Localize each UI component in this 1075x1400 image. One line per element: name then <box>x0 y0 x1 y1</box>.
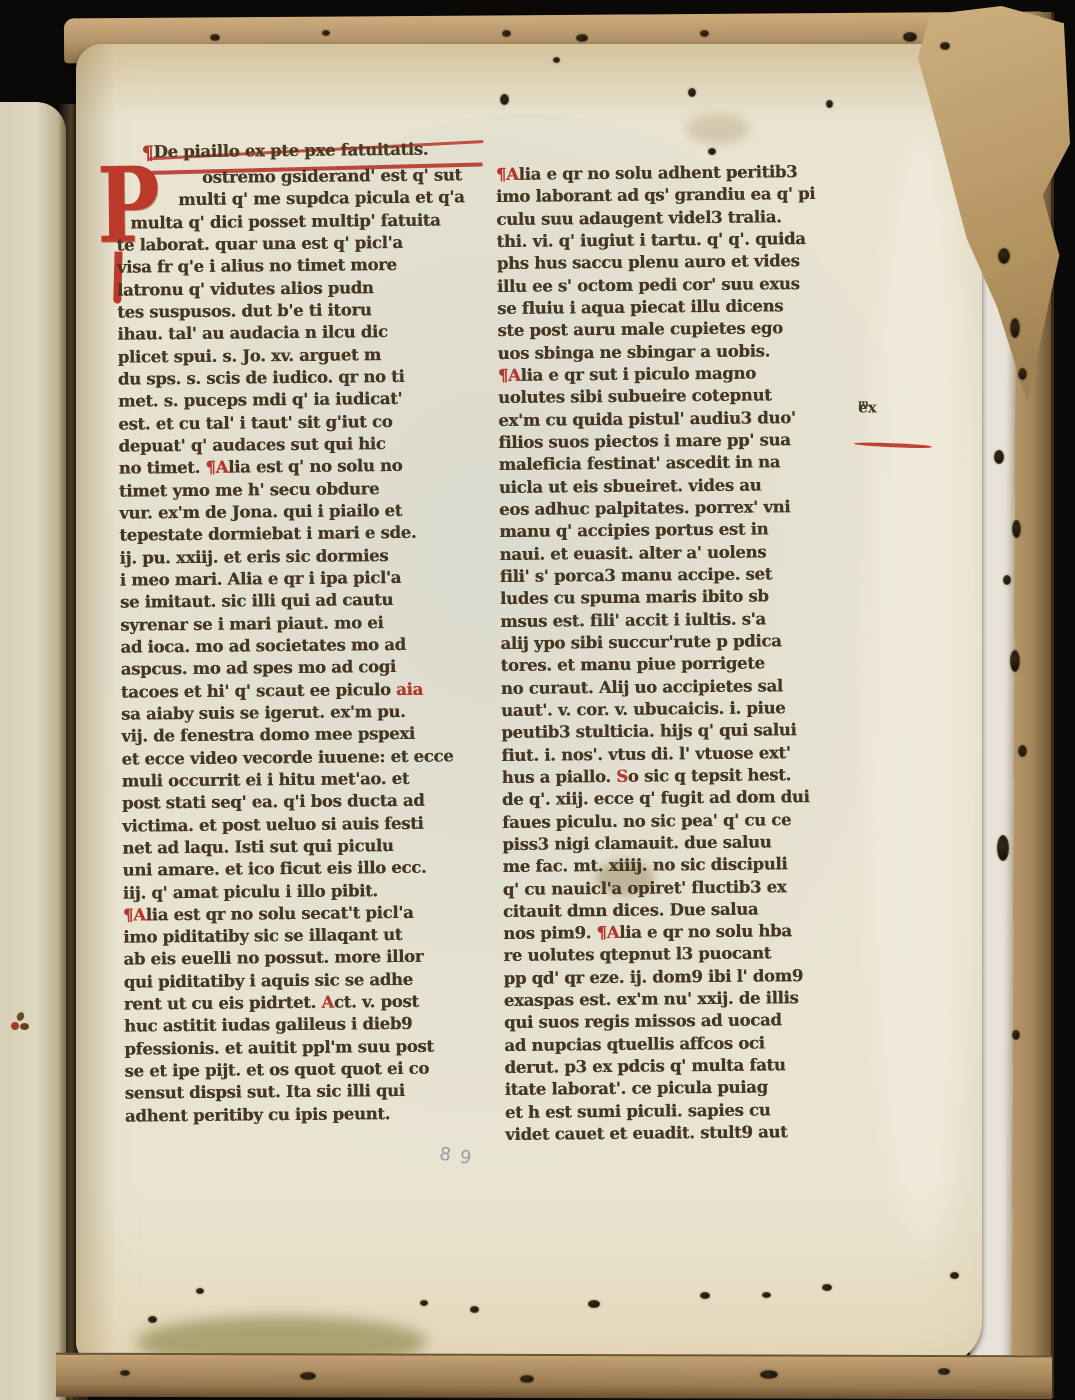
wormhole <box>688 88 696 97</box>
wormhole <box>300 1372 316 1380</box>
wormhole <box>708 148 716 155</box>
wormhole <box>1012 1030 1020 1040</box>
rubricated-letters: ¶A <box>205 458 228 477</box>
wormhole <box>420 1300 428 1306</box>
wormhole <box>196 1288 204 1294</box>
rubricated-letters: aia <box>396 679 423 698</box>
wormhole <box>502 30 511 37</box>
text-line: imo laborant ad qs' grandiu ea q' pi <box>496 183 862 209</box>
wormhole <box>1018 745 1027 757</box>
rubricated-letters: ¶A <box>498 366 521 385</box>
wormhole <box>1012 520 1021 538</box>
wormhole <box>148 1316 157 1323</box>
wormhole <box>470 1306 479 1313</box>
wormhole <box>588 1300 600 1308</box>
wormhole <box>500 94 509 105</box>
wormhole <box>903 32 917 42</box>
wormhole <box>826 100 833 108</box>
wormhole <box>997 835 1009 861</box>
wormhole <box>950 1272 959 1279</box>
text-column-right: ¶Alia e qr no solu adhent peritib3imo la… <box>496 161 871 1147</box>
wormhole <box>938 1368 950 1375</box>
rubricated-letters: ¶A <box>596 923 619 942</box>
book-photo: ¶De piaillo ex pte pxe fatuitatis. P ost… <box>0 0 1075 1400</box>
wormhole <box>576 34 588 42</box>
wormhole <box>940 42 950 50</box>
wormhole <box>700 30 709 37</box>
rubricated-letters: ¶A <box>496 165 519 184</box>
rubric-text: De piaillo ex pte pxe fatuitatis. <box>153 140 428 162</box>
wormhole <box>822 1284 832 1291</box>
rubricated-letters: S <box>616 767 628 786</box>
wormhole <box>760 1370 778 1379</box>
wormhole <box>1010 318 1020 338</box>
wormhole <box>1003 575 1011 585</box>
rubricated-letters: ¶A <box>123 905 146 924</box>
chapter-rubric: ¶De piaillo ex pte pxe fatuitatis. <box>142 139 482 164</box>
wormhole <box>700 1292 710 1299</box>
wormhole <box>994 450 1004 464</box>
wormhole <box>1018 368 1027 380</box>
wormhole <box>520 1375 534 1383</box>
marginal-note-underline <box>853 442 931 449</box>
wormhole <box>322 30 330 36</box>
text-line: multa q' dici posset multip' fatuita <box>116 209 482 235</box>
text-line: et ecce video vecorde iuuene: et ecce <box>121 745 487 771</box>
wormhole <box>1010 650 1020 672</box>
pencil-folio-number: 89 <box>438 1144 482 1171</box>
text-block: ¶De piaillo ex pte pxe fatuitatis. P ost… <box>0 0 1075 1400</box>
wormhole <box>998 248 1010 264</box>
wormhole <box>120 1370 130 1376</box>
text-line: adhent peritiby cu ipis peunt. <box>125 1102 491 1128</box>
wormhole <box>210 34 220 41</box>
text-column-left: ostremo gsiderand' est q' sutmulti q' me… <box>116 164 491 1128</box>
wormhole <box>762 1292 771 1298</box>
text-line: videt cauet et euadit. stult9 aut <box>505 1121 871 1147</box>
text-line: multi q' me supdca picula et q'a <box>116 186 482 212</box>
wormhole <box>553 57 560 63</box>
rubricated-letters: A <box>321 993 334 1012</box>
